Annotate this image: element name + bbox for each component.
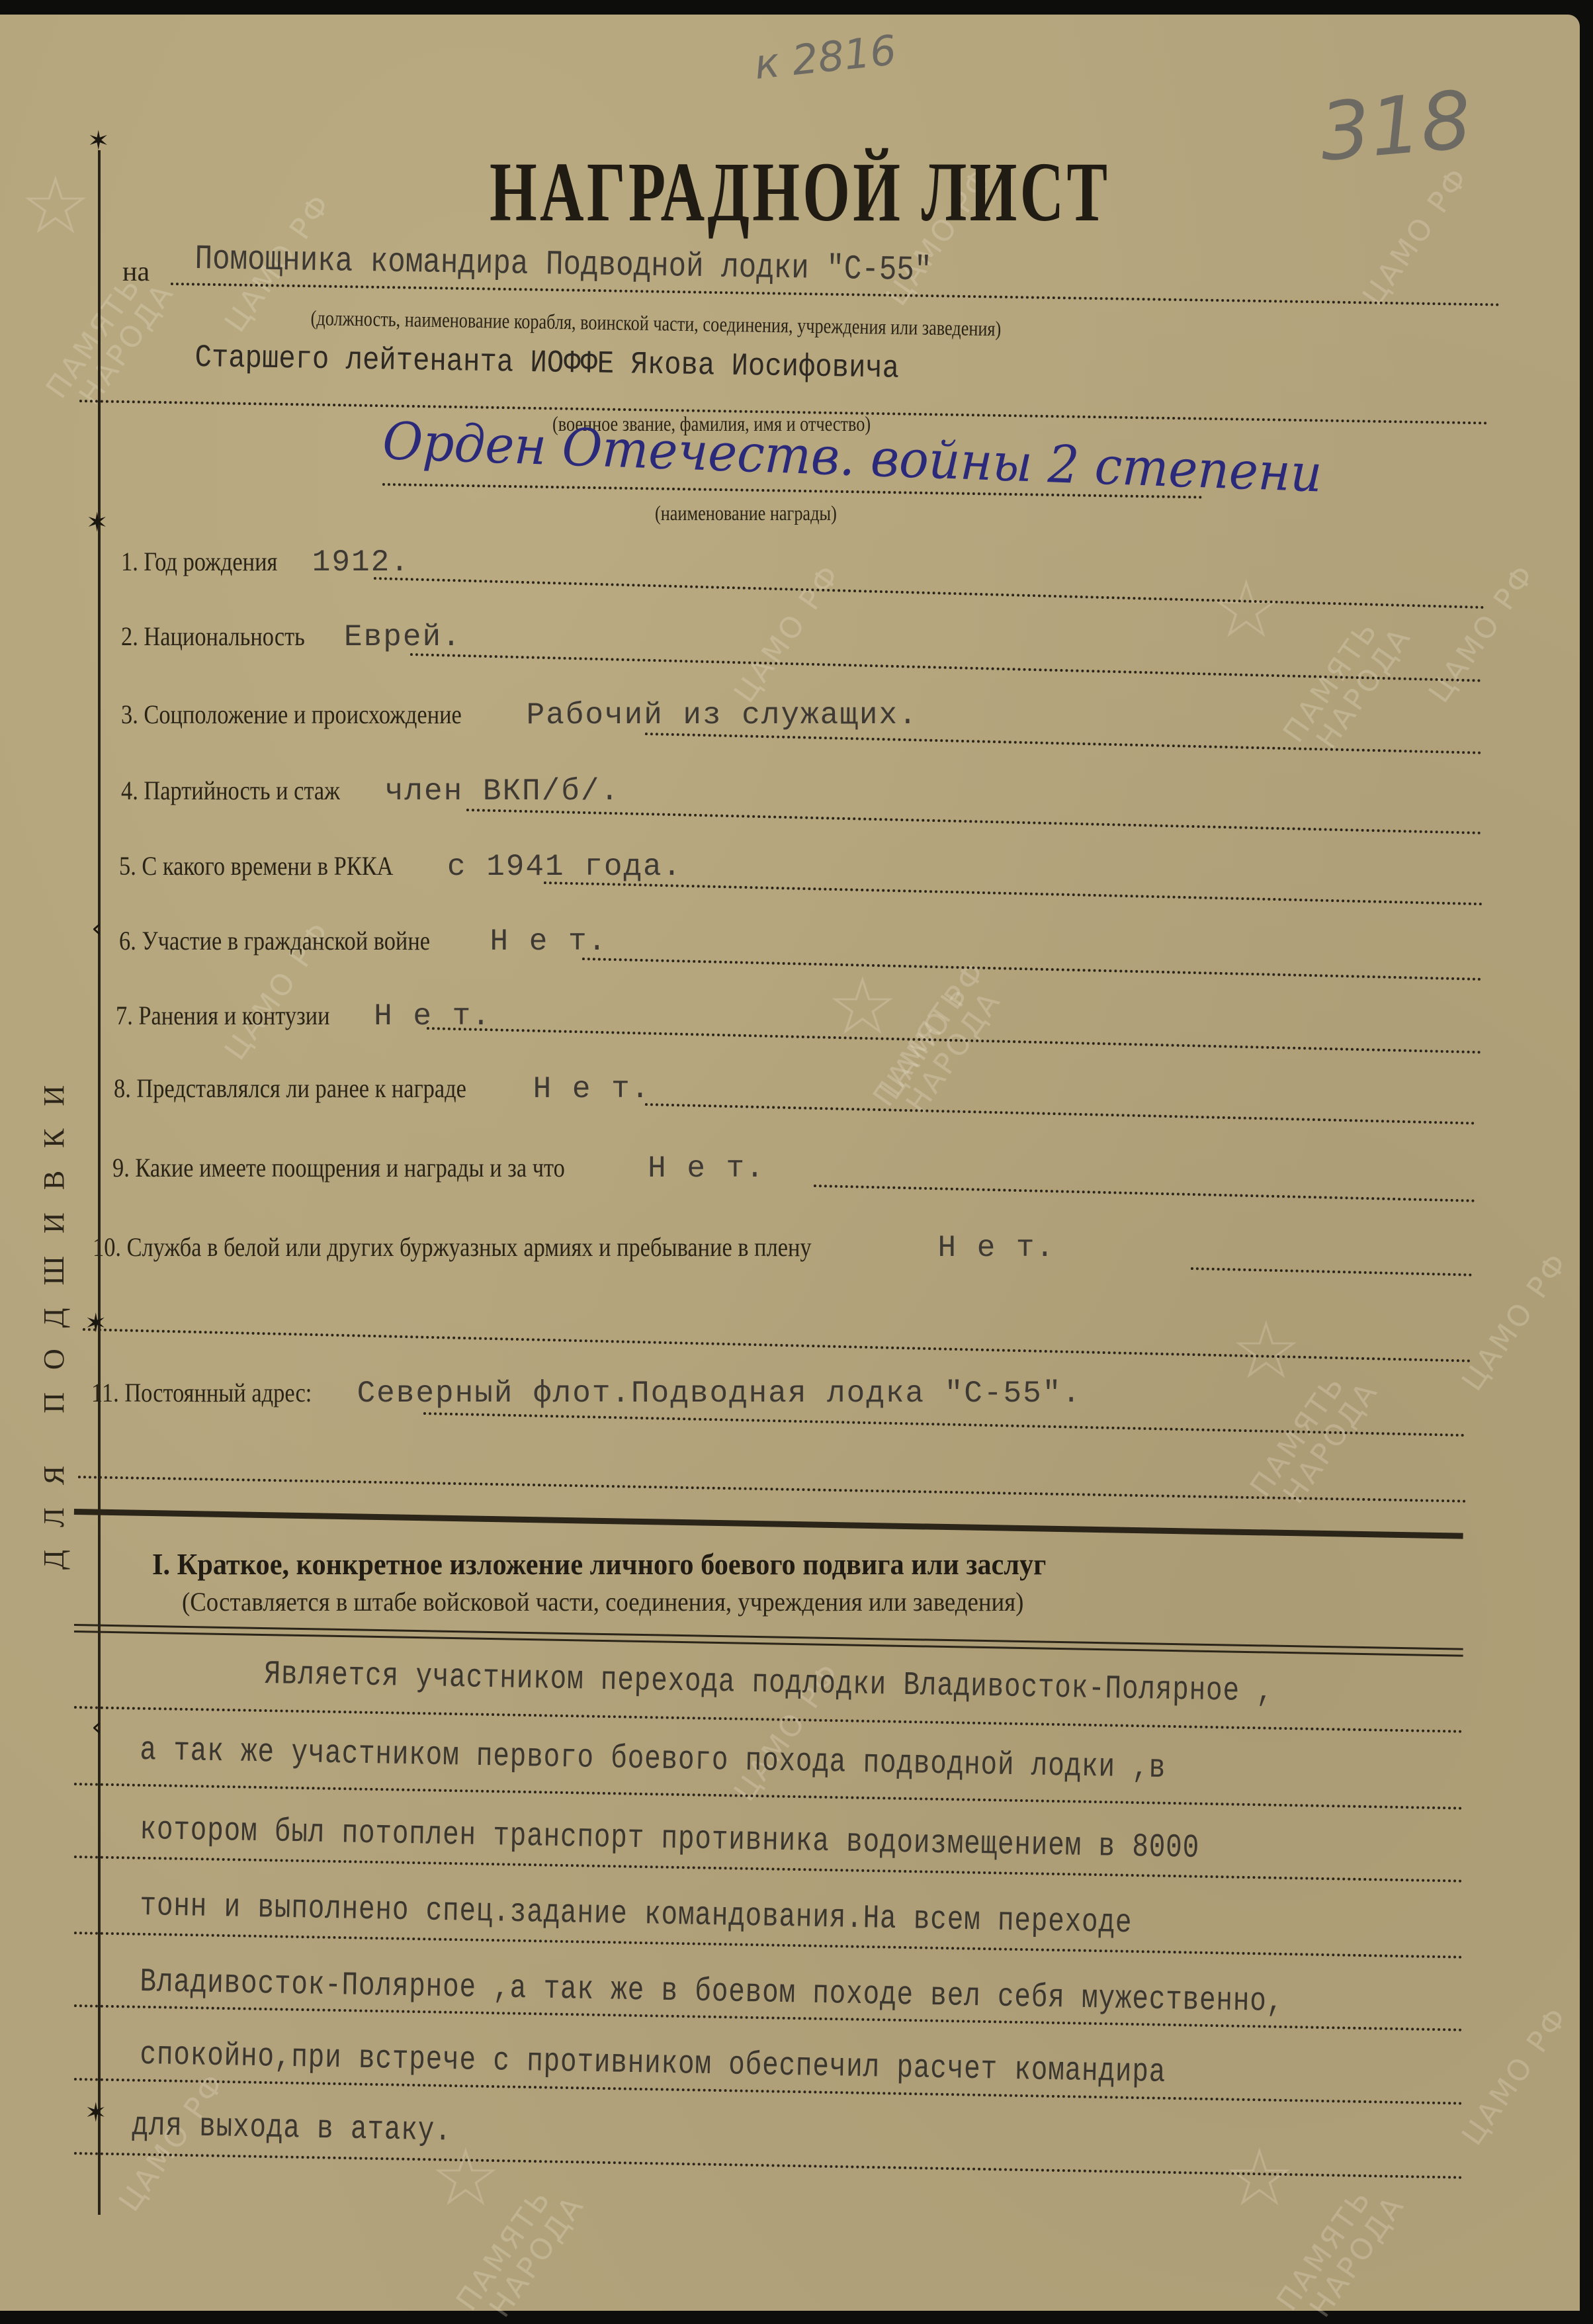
section-subheading: (Составляется в штабе войсковой части, с… xyxy=(182,1586,1023,1617)
field-value: Н е т. xyxy=(648,1151,765,1186)
field-label: 9. Какие имеете поощрения и награды и за… xyxy=(112,1152,565,1183)
watermark-archive: ЦАМО РФ xyxy=(728,558,847,709)
section-heading: I. Краткое, конкретное изложение личного… xyxy=(152,1546,1046,1582)
field-underline xyxy=(374,577,1485,609)
watermark-archive: ЦАМО РФ xyxy=(1356,161,1476,312)
field-label: 5. С какого времени в РККА xyxy=(119,850,394,881)
field-value: Еврей. xyxy=(344,620,462,654)
binding-hole-icon: ✶ xyxy=(85,2098,107,2128)
field-underline xyxy=(645,733,1482,754)
pencil-note-sheet-number: 318 xyxy=(1316,74,1475,179)
narrative-line: Является участником перехода подлодки Вл… xyxy=(264,1656,1273,1711)
name-value: Старшего лейтенанта ИОФФЕ Якова Иосифови… xyxy=(194,340,899,387)
star-icon: ☆ xyxy=(1224,2132,1295,2224)
field-rkka-since: 5. С какого времени в РККАс 1941 года. xyxy=(119,850,682,884)
award-caption: (наименование награды) xyxy=(655,501,837,525)
field-value: член ВКП/б/. xyxy=(385,774,620,809)
field-white-army-captivity: 10. Служба в белой или других буржуазных… xyxy=(93,1231,1055,1265)
field-label: 6. Участие в гражданской войне xyxy=(119,925,430,956)
field-value: Северный флот.Подводная лодка "С-55". xyxy=(357,1376,1082,1411)
watermark-archive: ЦАМО РФ xyxy=(1422,558,1542,709)
binding-hole-icon: ✶ xyxy=(87,126,110,156)
field-civil-war: 6. Участие в гражданской войнеН е т. xyxy=(119,924,607,959)
field-label: 1. Год рождения xyxy=(121,546,277,577)
field-underline xyxy=(582,958,1482,981)
header-prefix: на xyxy=(122,256,150,288)
position-caption: (должность, наименование корабля, воинск… xyxy=(310,306,1001,341)
narrative-line: а так же участником первого боевого похо… xyxy=(140,1732,1166,1787)
star-icon: ☆ xyxy=(20,160,91,252)
field-label: 10. Служба в белой или других буржуазных… xyxy=(93,1231,812,1263)
field-value: Н е т. xyxy=(490,924,608,959)
binding-hole-icon: ‹ xyxy=(91,1712,102,1742)
field-underline xyxy=(645,1103,1475,1124)
margin-label-for-binding: ДЛЯ ПОДШИВКИ xyxy=(37,1063,71,1570)
section-double-rule-b xyxy=(74,1631,1463,1657)
watermark-archive: ЦАМО РФ xyxy=(1455,1246,1575,1398)
watermark-archive: ЦАМО РФ xyxy=(1455,2000,1575,2152)
position-value: Помощника командира Подводной лодки "С-5… xyxy=(194,240,932,290)
field-label: 8. Представлялся ли ранее к награде xyxy=(114,1073,466,1104)
field-underline xyxy=(544,881,1483,905)
binding-hole-icon: ✶ xyxy=(85,1308,107,1339)
field-social-origin: 3. Соцположение и происхождениеРабочий и… xyxy=(121,698,918,733)
binding-hole-icon: ✶ xyxy=(86,508,108,538)
field-value: Н е т. xyxy=(938,1231,1056,1265)
field-value: с 1941 года. xyxy=(447,850,682,884)
star-icon: ☆ xyxy=(1211,564,1282,656)
field-underline xyxy=(466,809,1482,834)
award-sheet-page: ЦАМО РФ ЦАМО РФ ЦАМО РФ ЦАМО РФ ЦАМО РФ … xyxy=(0,15,1580,2311)
field-nationality: 2. НациональностьЕврей. xyxy=(121,620,462,654)
page-title: НАГРАДНОЙ ЛИСТ xyxy=(490,144,1110,241)
field-label: 3. Соцположение и происхождение xyxy=(121,699,462,730)
narrative-line: Владивосток-Полярное ,а так же в боевом … xyxy=(140,1963,1284,2021)
field-underline xyxy=(814,1184,1475,1202)
field-birth-year: 1. Год рождения1912. xyxy=(121,545,410,580)
field-previous-awards: 9. Какие имеете поощрения и награды и за… xyxy=(112,1151,765,1186)
field-permanent-address: 11. Постоянный адрес:Северный флот.Подво… xyxy=(91,1376,1082,1411)
binding-hole-icon: ‹ xyxy=(91,913,102,944)
field-value: Н е т. xyxy=(533,1072,651,1106)
field-party-membership: 4. Партийность и стажчлен ВКП/б/. xyxy=(121,774,620,809)
binding-margin-line xyxy=(98,150,101,2215)
field-value: Рабочий из служащих. xyxy=(527,698,918,733)
pencil-note-top: к 2816 xyxy=(752,26,898,89)
field-label: 7. Ранения и контузии xyxy=(116,1000,329,1031)
field-value: 1912. xyxy=(312,545,410,580)
section-double-rule-a xyxy=(74,1624,1463,1650)
field-previous-nomination: 8. Представлялся ли ранее к наградеН е т… xyxy=(114,1072,650,1106)
field-label: 4. Партийность и стаж xyxy=(121,775,340,806)
field-label: 11. Постоянный адрес: xyxy=(91,1377,312,1408)
narrative-line: для выхода в атаку. xyxy=(132,2107,452,2150)
star-icon: ☆ xyxy=(1230,1305,1302,1397)
field-label: 2. Национальность xyxy=(121,621,305,652)
narrative-line: тонн и выполнено спец.задание командован… xyxy=(140,1887,1133,1942)
field-underline xyxy=(1191,1267,1472,1276)
section-top-rule xyxy=(74,1509,1463,1539)
